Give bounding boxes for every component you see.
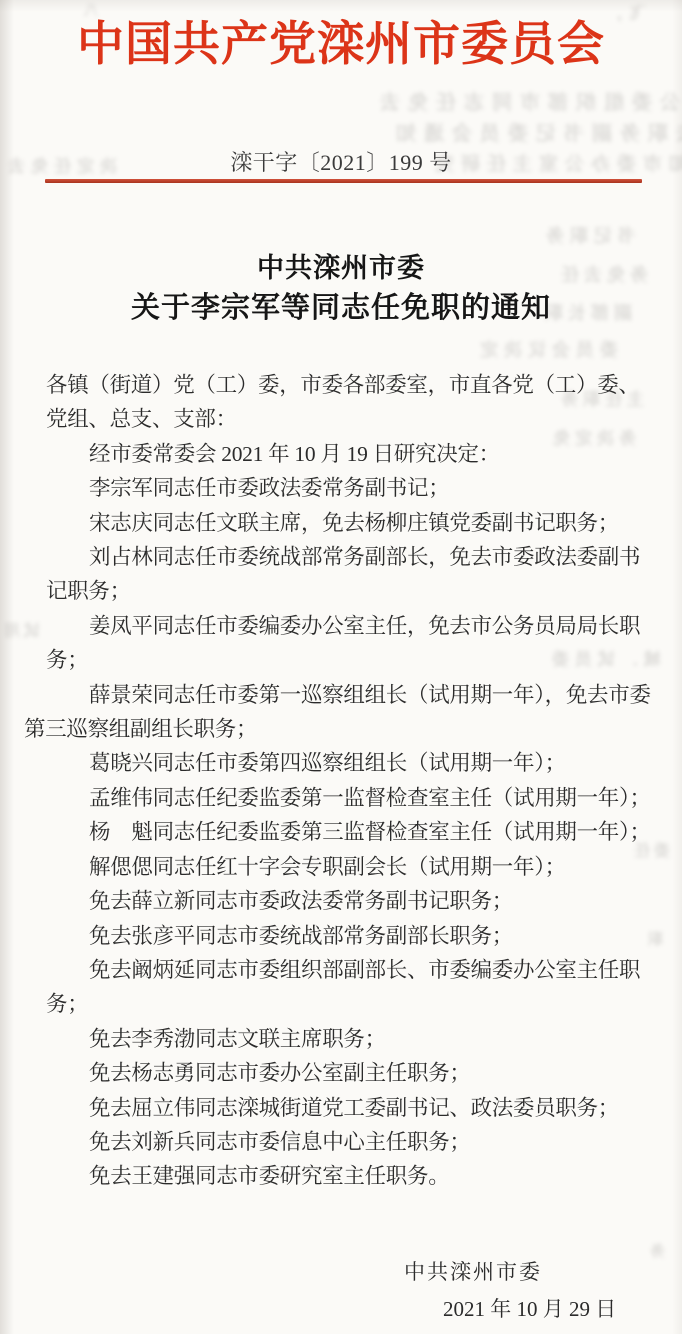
body-line: 宋志庆同志任文联主席，免去杨柳庄镇党委副书记职务；: [46, 506, 646, 540]
body-line: 免去李秀渤同志文联主席职务；: [46, 1022, 646, 1056]
signature-block: 中共滦州市委 2021 年 10 月 29 日: [0, 1254, 682, 1328]
body-line: 经市委常委会 2021 年 10 月 19 日研究决定：: [46, 437, 646, 471]
body-line: 免去张彦平同志市委统战部常务副部长职务；: [46, 919, 646, 953]
scanned-notice-page: 飞， 八 公委组织部市同志任免去 去职务副书记委员会通知 知市委办公室主任研究 …: [0, 0, 682, 1334]
notice-title-line2: 关于李宗军等同志任免职的通知: [0, 288, 682, 328]
bleedthrough-text: 书记职务: [540, 222, 636, 248]
body-line: 免去屈立伟同志滦城街道党工委副书记、政法委员职务；: [46, 1091, 646, 1125]
body-line: 李宗军同志任市委政法委常务副书记；: [46, 471, 646, 505]
bleedthrough-text: 试用: [0, 618, 40, 641]
body-line: 党组、总支、支部：: [46, 402, 646, 436]
body-line: 姜凤平同志任市委编委办公室主任，免去市公务员局局长职: [46, 609, 646, 643]
bleedthrough-text: 公委组织部市同志任免去: [372, 86, 680, 115]
notice-title: 中共滦州市委 关于李宗军等同志任免职的通知: [0, 248, 682, 328]
body-line: 孟维伟同志任纪委监委第一监督检查室主任（试用期一年）；: [46, 781, 646, 815]
body-line: 记职务；: [46, 574, 646, 608]
body-line: 免去薛立新同志市委政法委常务副书记职务；: [46, 884, 646, 918]
bleedthrough-text: 去职务副书记委员会通知: [388, 117, 682, 146]
body-line: 免去杨志勇同志市委办公室副主任职务；: [46, 1056, 646, 1090]
body-line: 务；: [46, 987, 646, 1021]
party-committee-letterhead: 中国共产党滦州市委员会: [0, 14, 682, 76]
body-line: 免去阚炳延同志市委组织部副部长、市委编委办公室主任职: [46, 953, 646, 987]
signature-org: 中共滦州市委: [404, 1254, 682, 1291]
body-line: 薛景荣同志任市委第一巡察组组长（试用期一年），免去市委: [46, 678, 646, 712]
body-line: 免去王建强同志市委研究室主任职务。: [46, 1159, 646, 1193]
notice-body: 各镇（街道）党（工）委，市委各部委室，市直各党（工）委、 党组、总支、支部： 经…: [46, 368, 646, 1194]
red-divider-rule: [45, 179, 642, 183]
bleedthrough-text: 职: [648, 928, 663, 949]
document-number: 滦干字〔2021〕199 号: [0, 146, 682, 177]
body-line: 第三巡察组副组长职务；: [24, 712, 646, 746]
body-line: 葛晓兴同志任市委第四巡察组组长（试用期一年）；: [46, 746, 646, 780]
notice-title-line1: 中共滦州市委: [0, 248, 682, 288]
signature-date: 2021 年 10 月 29 日: [443, 1291, 682, 1328]
body-line: 免去刘新兵同志市委信息中心主任职务；: [46, 1125, 646, 1159]
body-line: 务；: [46, 643, 646, 677]
body-line: 刘占林同志任市委统战部常务副部长，免去市委政法委副书: [46, 540, 646, 574]
body-line: 解偲偲同志任红十字会专职副会长（试用期一年）；: [46, 850, 646, 884]
body-line: 各镇（街道）党（工）委，市委各部委室，市直各党（工）委、: [46, 368, 646, 402]
bleedthrough-text: 委员会议决定: [474, 336, 618, 362]
body-line: 杨 魁同志任纪委监委第三监督检查室主任（试用期一年）；: [46, 815, 646, 849]
